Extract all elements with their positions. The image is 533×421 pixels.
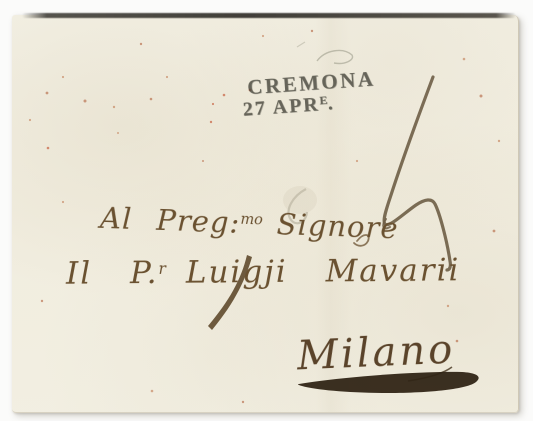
address-line-2: Il P.rLuigji Mavarii	[66, 252, 461, 291]
address-line2-prefix: Il P.	[66, 255, 159, 292]
address-line2-suffix: Luigji Mavarii	[186, 252, 461, 290]
address-line1-superscript: mo	[240, 212, 263, 229]
destination-milano: Milano	[296, 327, 456, 380]
postmark-date-main: 27 APR	[242, 93, 320, 120]
address-line1-suffix: Signore	[276, 207, 399, 245]
photo-of-letter: CREMONA 27 APRE. Al Preg:moSignore Il P.…	[0, 0, 533, 421]
postmark-date-period: .	[327, 92, 336, 114]
paper-top-edge-shadow	[22, 13, 516, 18]
address-line1-prefix: Al Preg:	[99, 201, 240, 240]
address-line2-superscript: r	[158, 260, 166, 278]
